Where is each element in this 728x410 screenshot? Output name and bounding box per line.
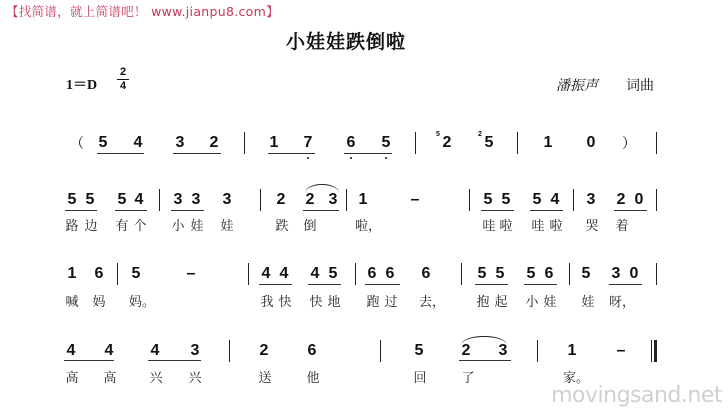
note: 4 [133,191,145,209]
note: 0 [585,134,597,152]
underline [614,210,647,211]
lyric: 我 [259,295,275,311]
barline [656,263,657,285]
lyric: 地 [326,295,342,311]
lyric: 着 [614,219,630,235]
note: 5 [66,191,78,209]
underline [308,284,341,285]
note: 4 [103,342,115,360]
note: 5 [130,265,142,283]
lyric: 娃 [542,295,558,311]
barline [159,189,160,211]
underline [171,210,204,211]
note: 4 [132,134,144,152]
barline [415,132,416,154]
underline [97,153,144,154]
note: 2 [258,342,270,360]
note: 1 [268,134,280,152]
note: 1 [542,134,554,152]
note: 0 [633,191,645,209]
key-signature: 1＝D [66,74,97,94]
barline [517,132,518,154]
barline [117,263,118,285]
barline [569,263,570,285]
lyric: 高 [64,371,80,387]
note: 3 [174,134,186,152]
note: 5 [380,134,392,152]
underline [268,153,315,154]
site-banner[interactable]: 【找简谱，就上简谱吧！ www.jianpu8.com】 [6,2,279,20]
lyric: 哇 [481,219,497,235]
lyric: 妈。 [129,295,155,311]
lyric: 他 [305,371,321,387]
underline [481,210,514,211]
lyric: 喊 [64,295,80,311]
lyric: 娃 [580,295,596,311]
grace-note: 5 [436,131,440,138]
lyric: 兴 [187,371,203,387]
lyric: 娃 [189,219,205,235]
underline [64,360,114,361]
lyric: 跑 [365,295,381,311]
note: 5 [413,342,425,360]
barline [573,189,574,211]
underline [303,210,339,211]
underline [344,153,392,154]
note: 5 [327,265,339,283]
note: 2 [275,191,287,209]
note: 6 [384,265,396,283]
note: 1 [566,342,578,360]
note: 5 [500,191,512,209]
grace-note: 2 [478,131,482,138]
note: 5 [97,134,109,152]
lyric: 倒 [302,219,318,235]
note: 4 [65,342,77,360]
note: 7 [302,134,314,152]
low-octave-dot [385,157,387,159]
lyric: 起 [493,295,509,311]
underline [524,284,557,285]
low-octave-dot [350,157,352,159]
note: 4 [278,265,290,283]
final-barline-thin [651,340,652,362]
note: 6 [543,265,555,283]
lyric: 去， [419,295,445,311]
lyric: 哇 [530,219,546,235]
final-barline-thick [654,340,657,362]
note: 2 [208,134,220,152]
slur [461,336,507,345]
underline [148,360,201,361]
lyric: 快 [277,295,293,311]
open-paren: （ [70,133,84,153]
lyric: 呀， [609,295,635,311]
lyric: 过 [383,295,399,311]
note: 2 [304,191,316,209]
slur [305,184,339,193]
lyric: 高 [102,371,118,387]
note: 3 [172,191,184,209]
note: 4 [309,265,321,283]
credit-role: 词曲 [626,75,654,95]
note: 5 [494,265,506,283]
underline [259,284,292,285]
note: 5 [482,191,494,209]
note: 3 [610,265,622,283]
dash: – [409,191,421,209]
barline [346,189,347,211]
underline [365,284,400,285]
underline [115,210,147,211]
lyric: 个 [132,219,148,235]
lyric: 抱 [475,295,491,311]
note: 4 [260,265,272,283]
lyric: 妈 [91,295,107,311]
note: 0 [628,265,640,283]
time-signature: 2 4 [117,67,129,92]
underline [459,360,511,361]
note: 5 [531,191,543,209]
lyric: 哭 [584,219,600,235]
note: 3 [190,191,202,209]
note: 3 [585,191,597,209]
lyric: 啦 [548,219,564,235]
note: 6 [420,265,432,283]
barline [380,340,381,362]
lyric: 小 [524,295,540,311]
note: 6 [366,265,378,283]
note: 5 [483,134,495,152]
barline [229,340,230,362]
barline [260,189,261,211]
lyric: 兴 [148,371,164,387]
lyric: 了 [460,371,476,387]
note: 3 [221,191,233,209]
time-signature-top: 2 [117,67,129,78]
barline [244,132,245,154]
dash: – [185,265,197,283]
lyric: 小 [170,219,186,235]
lyric: 送 [257,371,273,387]
note: 5 [84,191,96,209]
underline [65,210,97,211]
barline [461,263,462,285]
note: 6 [93,265,105,283]
close-paren: ） [622,133,636,153]
barline [537,340,538,362]
barline [355,263,356,285]
note: 5 [116,191,128,209]
underline [530,210,563,211]
time-signature-bottom: 4 [117,81,129,92]
note: 2 [441,134,453,152]
credit-author: 潘振声 [556,75,598,95]
dash: – [615,342,627,360]
low-octave-dot [307,157,309,159]
note: 4 [549,191,561,209]
underline [475,284,508,285]
barline [248,263,249,285]
note: 5 [580,265,592,283]
lyric: 有 [114,219,130,235]
note: 4 [149,342,161,360]
barline [656,132,657,154]
note: 3 [189,342,201,360]
barline [469,189,470,211]
lyric: 边 [83,219,99,235]
lyric: 快 [308,295,324,311]
note: 1 [66,265,78,283]
note: 2 [615,191,627,209]
lyric: 啦， [355,219,381,235]
song-title: 小娃娃跌倒啦 [286,27,406,54]
note: 1 [357,191,369,209]
lyric: 回 [412,371,428,387]
lyric: 路 [64,219,80,235]
note: 6 [306,342,318,360]
note: 6 [345,134,357,152]
lyric: 跌 [274,219,290,235]
barline [656,189,657,211]
lyric: 娃 [219,219,235,235]
note: 5 [476,265,488,283]
note: 3 [327,191,339,209]
watermark: movingsand.net [551,383,722,408]
note: 5 [525,265,537,283]
lyric: 啦 [498,219,514,235]
underline [609,284,642,285]
underline [173,153,221,154]
